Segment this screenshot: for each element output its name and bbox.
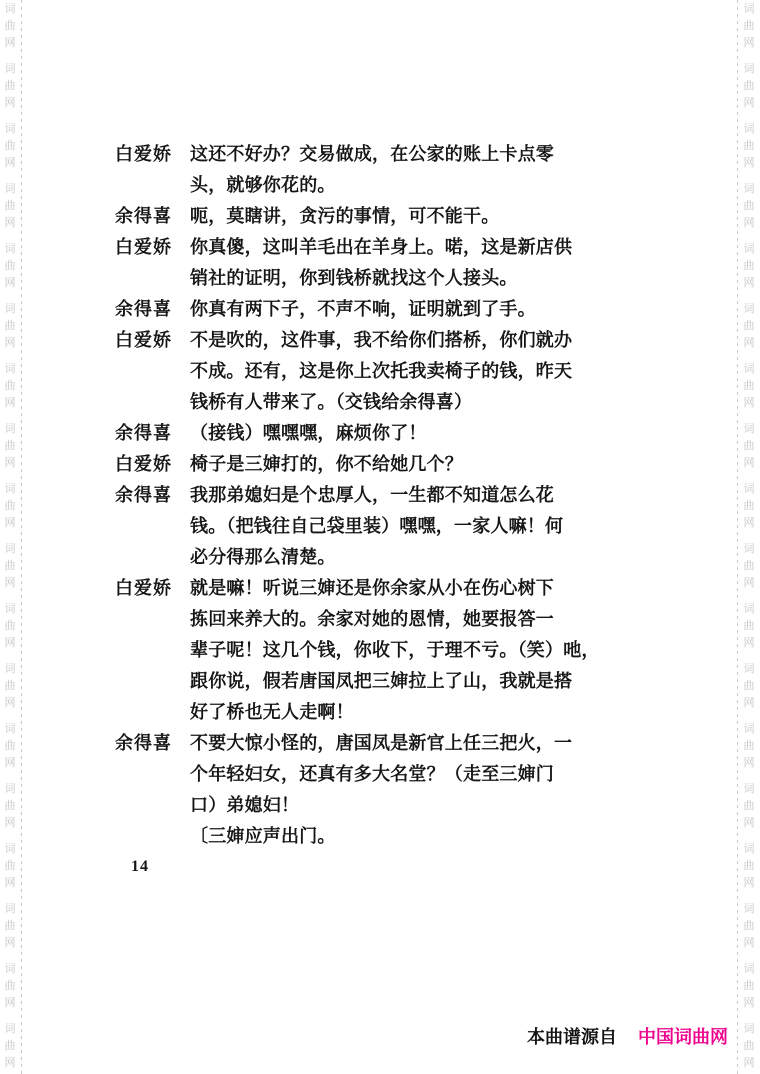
watermark-char: 曲 (741, 618, 757, 635)
watermark-char: 曲 (741, 18, 757, 35)
watermark-char: 网 (741, 935, 757, 952)
line-text: 呃，莫瞎讲，贪污的事情，可不能干。 (190, 201, 499, 232)
watermark-char: 网 (2, 35, 18, 52)
watermark-group: 词曲网 (741, 661, 757, 721)
watermark-group: 词曲网 (2, 601, 18, 661)
watermark-char: 网 (741, 695, 757, 712)
watermark-char: 词 (741, 601, 757, 618)
watermark-char: 词 (741, 241, 757, 258)
watermark-char: 网 (741, 1055, 757, 1072)
watermark-group: 词曲网 (2, 61, 18, 121)
watermark-char: 曲 (741, 918, 757, 935)
watermark-char: 网 (741, 35, 757, 52)
watermark-char: 网 (2, 695, 18, 712)
watermark-char: 网 (2, 335, 18, 352)
dialogue-line: 余得喜不要大惊小怪的，唐国凤是新官上任三把火，一 (115, 728, 600, 759)
watermark-group: 词曲网 (2, 661, 18, 721)
watermark-char: 曲 (2, 378, 18, 395)
watermark-char: 曲 (2, 558, 18, 575)
watermark-char: 曲 (2, 318, 18, 335)
watermark-char: 曲 (741, 498, 757, 515)
speaker-name (115, 170, 190, 201)
watermark-group: 词曲网 (2, 121, 18, 181)
speaker-name: 余得喜 (115, 728, 190, 759)
watermark-char: 曲 (2, 798, 18, 815)
watermark-char: 网 (2, 875, 18, 892)
watermark-char: 词 (2, 121, 18, 138)
watermark-group: 词曲网 (2, 181, 18, 241)
watermark-char: 曲 (741, 198, 757, 215)
watermark-char: 曲 (741, 738, 757, 755)
dialogue-line: 钱桥有人带来了。（交钱给余得喜） (115, 387, 600, 418)
line-text: 钱桥有人带来了。（交钱给余得喜） (190, 387, 472, 418)
watermark-char: 网 (2, 95, 18, 112)
speaker-name (115, 697, 190, 728)
watermark-char: 词 (2, 361, 18, 378)
watermark-char: 网 (741, 215, 757, 232)
line-text: 〔三婶应声出门。 (190, 821, 336, 852)
speaker-name (115, 759, 190, 790)
watermark-char: 词 (2, 961, 18, 978)
watermark-char: 曲 (2, 438, 18, 455)
watermark-char: 词 (741, 421, 757, 438)
dialogue-line: 辈子呢！这几个钱，你收下，于理不亏。（笑）吔， (115, 635, 600, 666)
line-text: 拣回来养大的。余家对她的恩情，她要报答一 (190, 604, 554, 635)
watermark-group: 词曲网 (741, 481, 757, 541)
line-text: 钱。（把钱往自己袋里装）嘿嘿，一家人嘛！何 (190, 511, 563, 542)
watermark-group: 词曲网 (2, 481, 18, 541)
watermark-group: 词曲网 (2, 421, 18, 481)
watermark-group: 词曲网 (2, 541, 18, 601)
watermark-group: 词曲网 (2, 781, 18, 841)
watermark-char: 网 (741, 815, 757, 832)
watermark-group: 词曲网 (741, 181, 757, 241)
credit-line: 本曲谱源自中国词曲网 (527, 1023, 728, 1049)
speaker-name: 白爱娇 (115, 573, 190, 604)
speaker-name: 白爱娇 (115, 139, 190, 170)
line-text: 辈子呢！这几个钱，你收下，于理不亏。（笑）吔， (190, 635, 600, 666)
watermark-group: 词曲网 (741, 1, 757, 61)
watermark-char: 词 (741, 901, 757, 918)
watermark-char: 网 (2, 1055, 18, 1072)
credit-brand: 中国词曲网 (638, 1027, 728, 1047)
speaker-name: 余得喜 (115, 201, 190, 232)
scanned-script-page: 词曲网词曲网词曲网词曲网词曲网词曲网词曲网词曲网词曲网词曲网词曲网词曲网词曲网词… (0, 0, 760, 1074)
line-text: 不要大惊小怪的，唐国凤是新官上任三把火，一 (190, 728, 572, 759)
speaker-name (115, 263, 190, 294)
watermark-char: 网 (741, 335, 757, 352)
watermark-group: 词曲网 (741, 241, 757, 301)
dialogue-line: 白爱娇就是嘛！听说三婶还是你余家从小在伤心树下 (115, 573, 600, 604)
watermark-column-left: 词曲网词曲网词曲网词曲网词曲网词曲网词曲网词曲网词曲网词曲网词曲网词曲网词曲网词… (2, 1, 18, 1074)
watermark-char: 网 (2, 155, 18, 172)
watermark-char: 曲 (2, 978, 18, 995)
watermark-char: 词 (2, 61, 18, 78)
watermark-group: 词曲网 (2, 361, 18, 421)
watermark-char: 网 (2, 995, 18, 1012)
watermark-char: 网 (741, 995, 757, 1012)
watermark-char: 网 (741, 575, 757, 592)
page-number: 14 (131, 858, 149, 876)
line-text: （接钱）嘿嘿嘿，麻烦你了！ (190, 418, 427, 449)
watermark-char: 曲 (741, 798, 757, 815)
watermark-group: 词曲网 (741, 541, 757, 601)
watermark-char: 网 (741, 155, 757, 172)
line-text: 口）弟媳妇！ (190, 790, 299, 821)
watermark-char: 词 (741, 661, 757, 678)
dialogue-line: 〔三婶应声出门。 (115, 821, 600, 852)
speaker-name (115, 387, 190, 418)
watermark-group: 词曲网 (2, 841, 18, 901)
watermark-char: 曲 (2, 498, 18, 515)
watermark-char: 词 (2, 721, 18, 738)
watermark-char: 曲 (2, 918, 18, 935)
watermark-char: 曲 (741, 258, 757, 275)
speaker-name (115, 666, 190, 697)
line-text: 就是嘛！听说三婶还是你余家从小在伤心树下 (190, 573, 554, 604)
dialogue-line: 白爱娇椅子是三婶打的，你不给她几个？ (115, 449, 600, 480)
dialogue-line: 余得喜（接钱）嘿嘿嘿，麻烦你了！ (115, 418, 600, 449)
watermark-char: 词 (2, 841, 18, 858)
watermark-char: 网 (741, 455, 757, 472)
watermark-group: 词曲网 (741, 781, 757, 841)
line-text: 不成。还有，这是你上次托我卖椅子的钱，昨天 (190, 356, 572, 387)
watermark-char: 词 (741, 961, 757, 978)
watermark-char: 词 (2, 241, 18, 258)
watermark-char: 词 (2, 181, 18, 198)
watermark-char: 网 (2, 635, 18, 652)
watermark-group: 词曲网 (2, 1, 18, 61)
watermark-group: 词曲网 (741, 361, 757, 421)
watermark-char: 网 (741, 95, 757, 112)
speaker-name: 白爱娇 (115, 325, 190, 356)
credit-prefix: 本曲谱源自 (527, 1027, 617, 1047)
watermark-char: 网 (2, 575, 18, 592)
watermark-char: 曲 (2, 738, 18, 755)
line-text: 头，就够你花的。 (190, 170, 336, 201)
speaker-name (115, 356, 190, 387)
watermark-char: 曲 (741, 978, 757, 995)
watermark-group: 词曲网 (2, 241, 18, 301)
dialogue-line: 白爱娇这还不好办？交易做成，在公家的账上卡点零 (115, 139, 600, 170)
watermark-char: 曲 (2, 678, 18, 695)
watermark-char: 网 (2, 275, 18, 292)
speaker-name (115, 821, 190, 852)
watermark-char: 词 (741, 301, 757, 318)
speaker-name (115, 790, 190, 821)
line-text: 椅子是三婶打的，你不给她几个？ (190, 449, 463, 480)
dialogue-line: 头，就够你花的。 (115, 170, 600, 201)
watermark-char: 网 (741, 875, 757, 892)
watermark-group: 词曲网 (741, 601, 757, 661)
watermark-group: 词曲网 (741, 121, 757, 181)
speaker-name: 余得喜 (115, 480, 190, 511)
watermark-char: 曲 (741, 78, 757, 95)
watermark-char: 词 (741, 481, 757, 498)
line-text: 你真傻，这叫羊毛出在羊身上。喏，这是新店供 (190, 232, 572, 263)
watermark-char: 曲 (741, 378, 757, 395)
left-margin-dashed-rule (21, 0, 22, 1074)
speaker-name (115, 511, 190, 542)
watermark-char: 网 (2, 455, 18, 472)
watermark-char: 词 (2, 661, 18, 678)
watermark-char: 词 (2, 901, 18, 918)
watermark-char: 曲 (741, 558, 757, 575)
watermark-char: 曲 (2, 18, 18, 35)
speaker-name: 白爱娇 (115, 232, 190, 263)
line-text: 我那弟媳妇是个忠厚人，一生都不知道怎么花 (190, 480, 554, 511)
dialogue-line: 个年轻妇女，还真有多大名堂？（走至三婶门 (115, 759, 600, 790)
line-text: 不是吹的，这件事，我不给你们搭桥，你们就办 (190, 325, 572, 356)
watermark-char: 词 (741, 541, 757, 558)
watermark-char: 曲 (2, 198, 18, 215)
watermark-char: 网 (2, 935, 18, 952)
watermark-char: 网 (741, 275, 757, 292)
line-text: 好了桥也无人走啊！ (190, 697, 354, 728)
dialogue-line: 余得喜你真有两下子，不声不响，证明就到了手。 (115, 294, 600, 325)
watermark-char: 网 (2, 755, 18, 772)
dialogue-line: 口）弟媳妇！ (115, 790, 600, 821)
speaker-name: 余得喜 (115, 418, 190, 449)
watermark-char: 曲 (741, 1038, 757, 1055)
dialogue-line: 余得喜我那弟媳妇是个忠厚人，一生都不知道怎么花 (115, 480, 600, 511)
watermark-char: 曲 (2, 78, 18, 95)
watermark-char: 词 (2, 1, 18, 18)
watermark-group: 词曲网 (2, 301, 18, 361)
watermark-group: 词曲网 (741, 901, 757, 961)
line-text: 你真有两下子，不声不响，证明就到了手。 (190, 294, 536, 325)
line-text: 跟你说，假若唐国凤把三婶拉上了山，我就是搭 (190, 666, 572, 697)
watermark-char: 曲 (741, 678, 757, 695)
watermark-char: 曲 (741, 438, 757, 455)
speaker-name (115, 542, 190, 573)
watermark-char: 词 (741, 121, 757, 138)
watermark-char: 曲 (741, 858, 757, 875)
watermark-group: 词曲网 (2, 901, 18, 961)
dialogue-line: 钱。（把钱往自己袋里装）嘿嘿，一家人嘛！何 (115, 511, 600, 542)
watermark-char: 曲 (741, 318, 757, 335)
watermark-group: 词曲网 (741, 421, 757, 481)
watermark-char: 词 (741, 181, 757, 198)
watermark-group: 词曲网 (741, 721, 757, 781)
dialogue-line: 销社的证明，你到钱桥就找这个人接头。 (115, 263, 600, 294)
dialogue-line: 跟你说，假若唐国凤把三婶拉上了山，我就是搭 (115, 666, 600, 697)
watermark-char: 词 (2, 781, 18, 798)
watermark-char: 网 (2, 515, 18, 532)
watermark-group: 词曲网 (741, 841, 757, 901)
watermark-group: 词曲网 (2, 1021, 18, 1074)
watermark-char: 词 (741, 1021, 757, 1038)
watermark-column-right: 词曲网词曲网词曲网词曲网词曲网词曲网词曲网词曲网词曲网词曲网词曲网词曲网词曲网词… (741, 1, 757, 1074)
speaker-name (115, 604, 190, 635)
dialogue-line: 白爱娇你真傻，这叫羊毛出在羊身上。喏，这是新店供 (115, 232, 600, 263)
watermark-char: 词 (741, 841, 757, 858)
line-text: 个年轻妇女，还真有多大名堂？（走至三婶门 (190, 759, 554, 790)
right-margin-dashed-rule (737, 0, 738, 1074)
dialogue-line: 好了桥也无人走啊！ (115, 697, 600, 728)
script-body: 白爱娇这还不好办？交易做成，在公家的账上卡点零头，就够你花的。余得喜呃，莫瞎讲，… (115, 139, 600, 852)
watermark-group: 词曲网 (741, 1021, 757, 1074)
watermark-char: 曲 (2, 618, 18, 635)
watermark-char: 词 (741, 781, 757, 798)
watermark-char: 网 (741, 515, 757, 532)
line-text: 销社的证明，你到钱桥就找这个人接头。 (190, 263, 518, 294)
watermark-char: 词 (2, 541, 18, 558)
line-text: 这还不好办？交易做成，在公家的账上卡点零 (190, 139, 554, 170)
watermark-group: 词曲网 (2, 961, 18, 1021)
watermark-char: 曲 (2, 858, 18, 875)
speaker-name (115, 635, 190, 666)
watermark-char: 词 (2, 1021, 18, 1038)
dialogue-line: 拣回来养大的。余家对她的恩情，她要报答一 (115, 604, 600, 635)
watermark-group: 词曲网 (2, 721, 18, 781)
watermark-char: 词 (741, 361, 757, 378)
watermark-char: 词 (741, 61, 757, 78)
watermark-char: 词 (2, 601, 18, 618)
watermark-char: 曲 (2, 1038, 18, 1055)
watermark-char: 词 (2, 301, 18, 318)
watermark-group: 词曲网 (741, 61, 757, 121)
line-text: 必分得那么清楚。 (190, 542, 336, 573)
speaker-name: 白爱娇 (115, 449, 190, 480)
watermark-char: 网 (2, 815, 18, 832)
watermark-char: 网 (741, 395, 757, 412)
watermark-char: 网 (2, 215, 18, 232)
watermark-char: 词 (741, 721, 757, 738)
dialogue-line: 余得喜呃，莫瞎讲，贪污的事情，可不能干。 (115, 201, 600, 232)
watermark-group: 词曲网 (741, 301, 757, 361)
watermark-char: 网 (2, 395, 18, 412)
watermark-char: 曲 (2, 138, 18, 155)
speaker-name: 余得喜 (115, 294, 190, 325)
watermark-char: 网 (741, 635, 757, 652)
dialogue-line: 白爱娇不是吹的，这件事，我不给你们搭桥，你们就办 (115, 325, 600, 356)
watermark-char: 网 (741, 755, 757, 772)
watermark-char: 词 (2, 481, 18, 498)
dialogue-line: 必分得那么清楚。 (115, 542, 600, 573)
watermark-char: 曲 (741, 138, 757, 155)
watermark-char: 曲 (2, 258, 18, 275)
watermark-char: 词 (2, 421, 18, 438)
watermark-group: 词曲网 (741, 961, 757, 1021)
dialogue-line: 不成。还有，这是你上次托我卖椅子的钱，昨天 (115, 356, 600, 387)
watermark-char: 词 (741, 1, 757, 18)
